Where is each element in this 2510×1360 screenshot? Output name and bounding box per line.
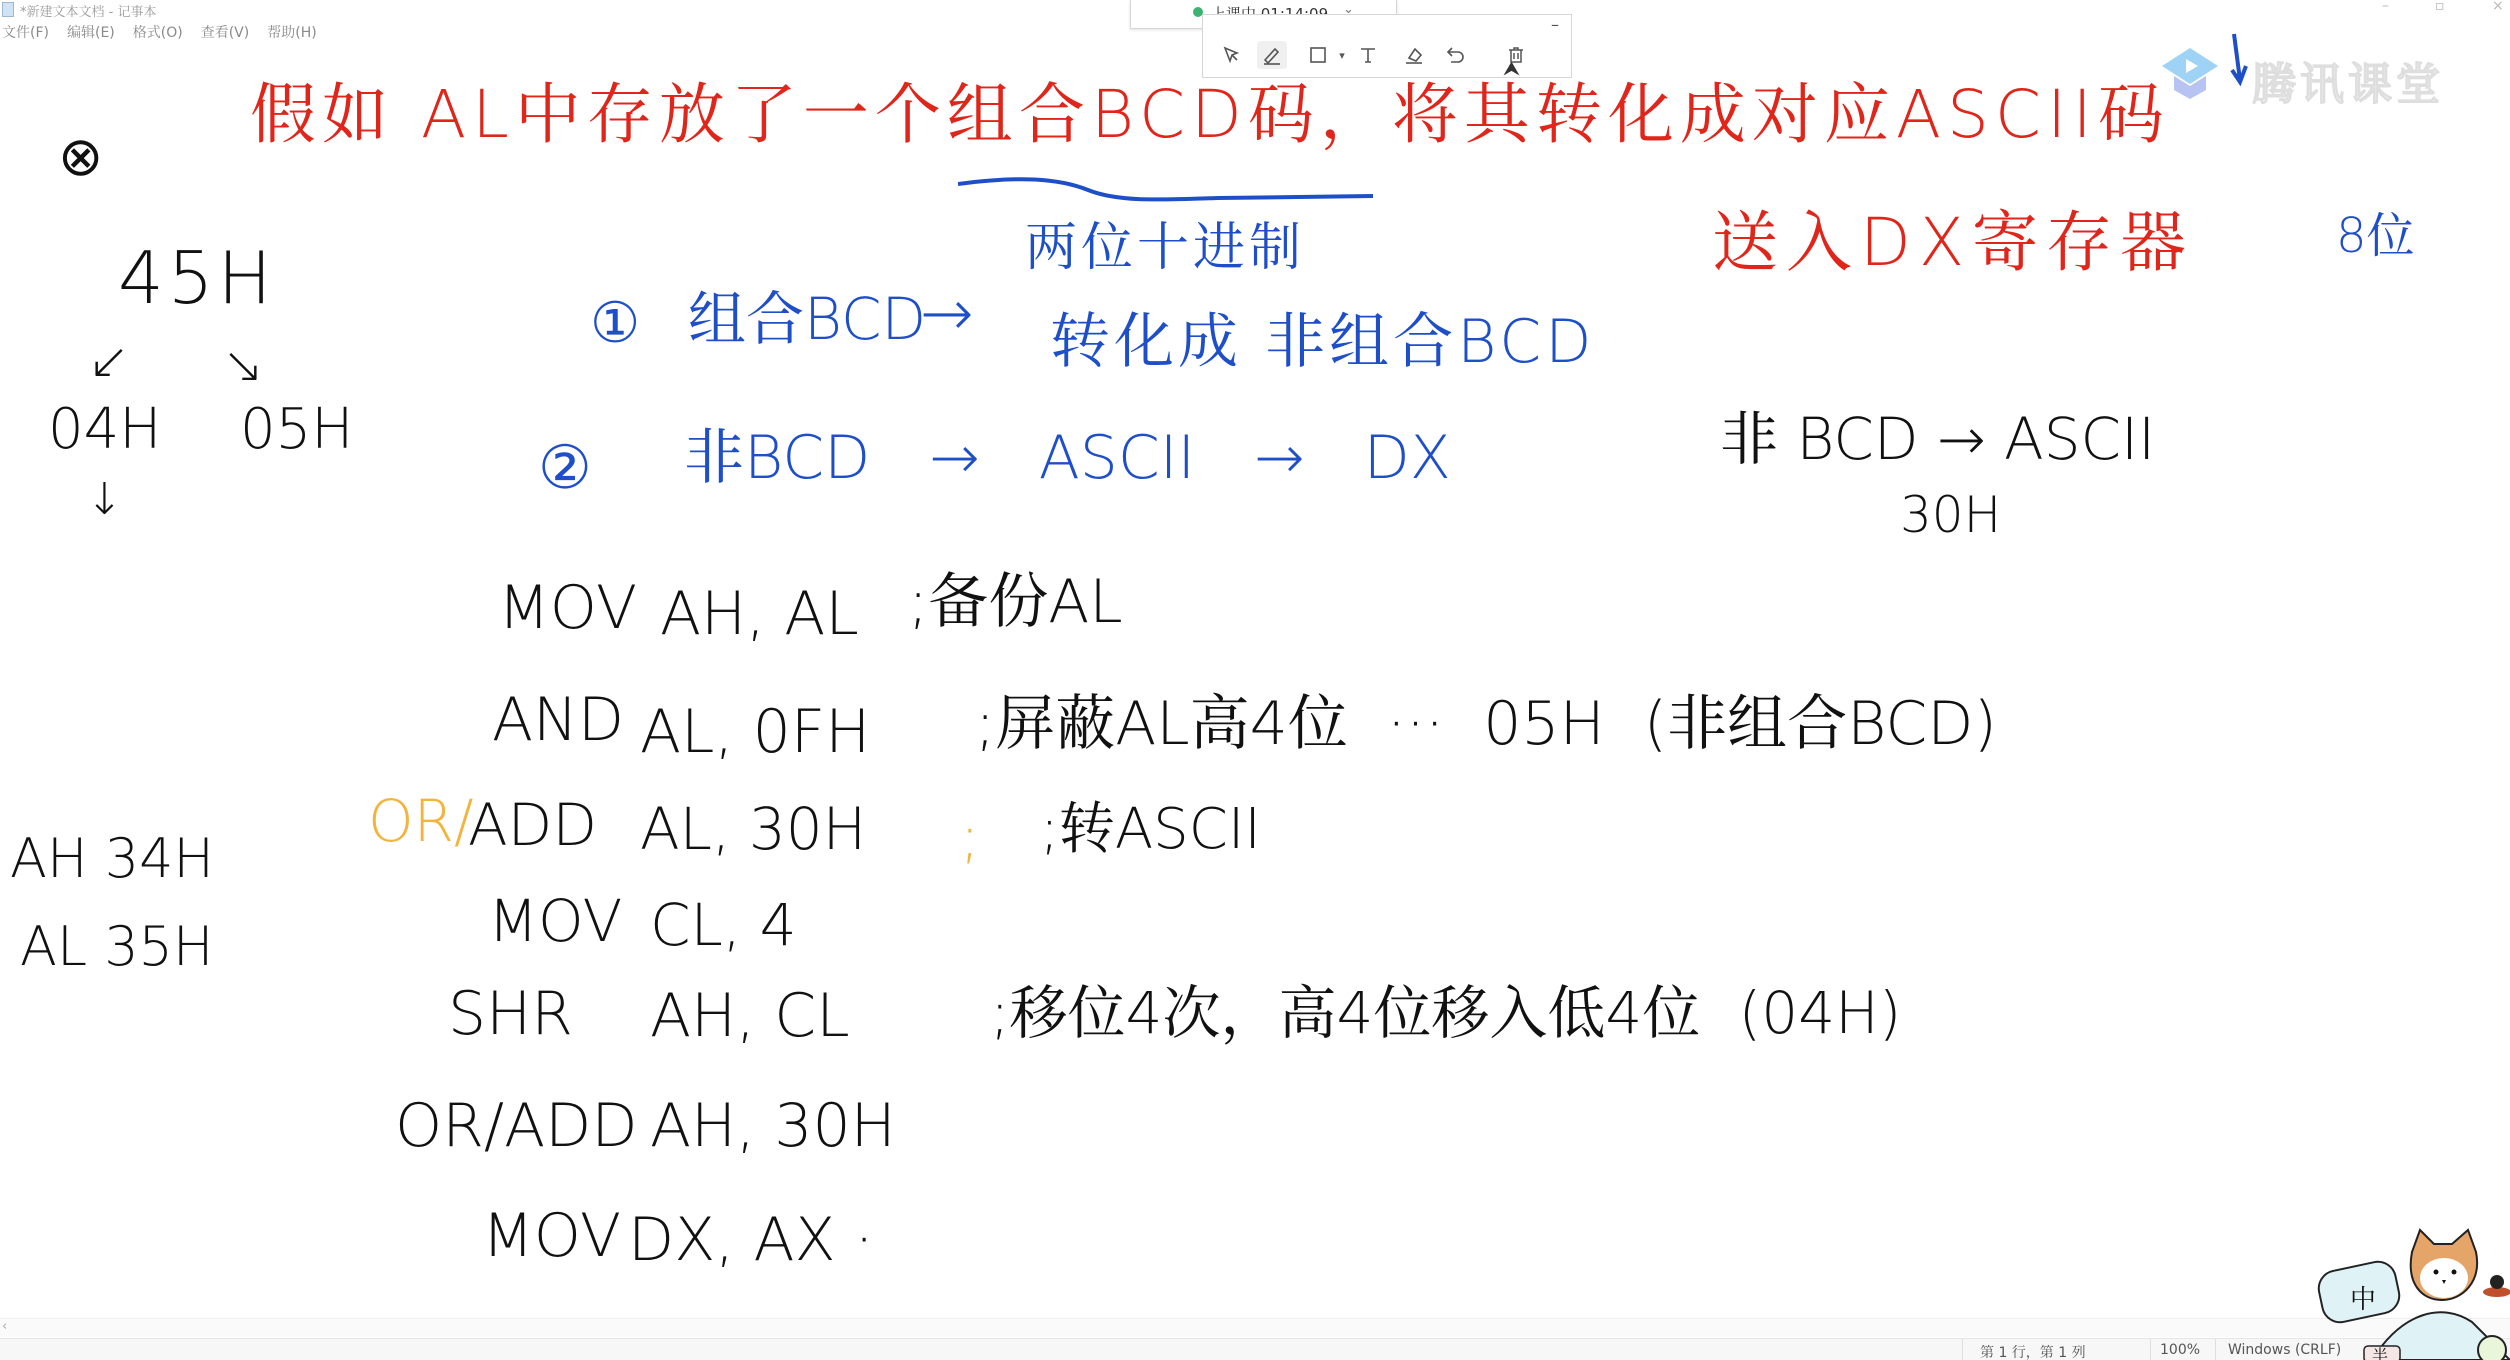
step1-convert-unpacked: 转化成 非组合BCD xyxy=(1050,312,1595,372)
code-line-3-op: ADD xyxy=(468,796,597,854)
pen-tool-icon[interactable] xyxy=(1257,41,1287,69)
code-line-4-args: CL, 4 xyxy=(650,896,797,954)
code-line-7-op: MOV xyxy=(482,1206,621,1266)
code-line-5-comment: ;移位4次，高4位移入低4位 (04H) xyxy=(990,984,1901,1042)
code-line-4-op: MOV xyxy=(488,892,622,950)
code-line-6-args: AH, 30H xyxy=(650,1096,896,1156)
scroll-left-icon[interactable]: ‹ xyxy=(2,1319,7,1334)
horizontal-scrollbar[interactable]: ‹ xyxy=(0,1318,2510,1337)
close-icon[interactable]: × xyxy=(2492,0,2504,14)
menu-edit[interactable]: 编辑(E) xyxy=(67,22,115,44)
menu-help[interactable]: 帮助(H) xyxy=(267,22,316,44)
menu-format[interactable]: 格式(O) xyxy=(133,22,183,44)
code-line-1-op: MOV xyxy=(498,578,637,638)
maximize-icon[interactable]: ▫ xyxy=(2435,0,2445,14)
menu-file[interactable]: 文件(F) xyxy=(2,22,49,44)
arrow-down-icon xyxy=(2228,32,2248,92)
code-line-6-op: OR/ADD xyxy=(395,1096,638,1156)
svg-text:半: 半 xyxy=(2372,1346,2388,1360)
status-divider xyxy=(2150,1339,2151,1360)
register-al-note: AL 35H xyxy=(20,920,214,974)
example-value: 45H xyxy=(118,242,276,314)
arrow-down-icon: ↓ xyxy=(86,478,123,522)
note-two-digit-decimal: 两位十进制 xyxy=(1025,222,1305,274)
arrow-down-right-icon: ↘ xyxy=(222,340,264,390)
step1-packed-bcd: 组合BCD xyxy=(688,290,926,348)
undo-icon[interactable] xyxy=(1441,41,1471,69)
scribble-mark: ⊗ xyxy=(58,130,103,184)
menu-view[interactable]: 查看(V) xyxy=(201,22,250,44)
brand-logo: 腾讯课堂 xyxy=(2160,40,2460,110)
arrow-down-left-icon: ↙ xyxy=(88,336,130,386)
minimize-icon[interactable]: – xyxy=(2382,0,2389,14)
code-line-3-comment: ;转ASCII xyxy=(1040,802,1261,858)
eraser-tool-icon[interactable] xyxy=(1399,41,1429,69)
side-note-30h: 30H xyxy=(1900,490,2001,540)
example-high-nibble: 04H xyxy=(48,402,161,458)
side-note-bcd-ascii: 非 BCD → ASCII xyxy=(1720,410,2155,468)
code-line-2-args: AL, 0FH xyxy=(640,702,870,762)
svg-text:中: 中 xyxy=(2350,1285,2376,1315)
window-title: *新建文本文档 - 记事本 xyxy=(20,1,156,20)
status-divider xyxy=(1962,1339,1963,1360)
code-line-7-args: DX, AX · xyxy=(628,1210,874,1270)
code-line-5-op: SHR xyxy=(448,984,573,1044)
code-line-3-semicolon: ; xyxy=(960,808,980,866)
step2-number: ② xyxy=(538,438,592,498)
notepad-icon xyxy=(2,2,14,17)
text-tool-icon[interactable] xyxy=(1353,41,1383,69)
menu-bar: 文件(F) 编辑(E) 格式(O) 查看(V) 帮助(H) xyxy=(0,22,317,44)
problem-statement-line2: 送入DX寄存器 xyxy=(1712,210,2194,276)
ime-mascot-widget[interactable]: 中 半 xyxy=(2312,1222,2510,1360)
code-line-1-args: AH, AL xyxy=(660,584,859,644)
brand-name: 腾讯课堂 xyxy=(2252,48,2444,112)
note-8bit: 8位 xyxy=(2336,212,2415,260)
example-low-nibble: 05H xyxy=(240,402,353,458)
zoom-level: 100% xyxy=(2160,1342,2200,1358)
toolbar-minimize-button[interactable]: – xyxy=(1551,15,1559,34)
step1-number: ① xyxy=(590,296,640,352)
step1-arrow-icon: → xyxy=(920,282,974,346)
code-line-3-args: AL, 30H xyxy=(640,800,866,858)
code-line-3-or-prefix: OR/ xyxy=(368,792,474,850)
underline-stroke xyxy=(958,170,1378,210)
code-line-2-comment: ;屏蔽AL高4位 ··· 05H (非组合BCD) xyxy=(975,694,1997,754)
code-line-5-args: AH, CL xyxy=(650,986,850,1046)
select-tool-icon[interactable] xyxy=(1217,41,1247,69)
cursor-position: 第 1 行，第 1 列 xyxy=(1980,1342,2086,1360)
step2-flow: 非BCD → ASCII → DX xyxy=(684,428,1451,488)
register-ah-note: AH 34H xyxy=(10,832,214,886)
status-divider xyxy=(2215,1339,2216,1360)
code-line-1-comment: ;备份AL xyxy=(908,572,1123,632)
problem-statement-line1: 假如 AL中存放了一个组合BCD码，将其转化成对应ASCII码 xyxy=(250,82,2170,148)
code-line-2-op: AND xyxy=(492,690,624,750)
status-bar: 第 1 行，第 1 列 100% Windows (CRLF) xyxy=(0,1338,2510,1360)
